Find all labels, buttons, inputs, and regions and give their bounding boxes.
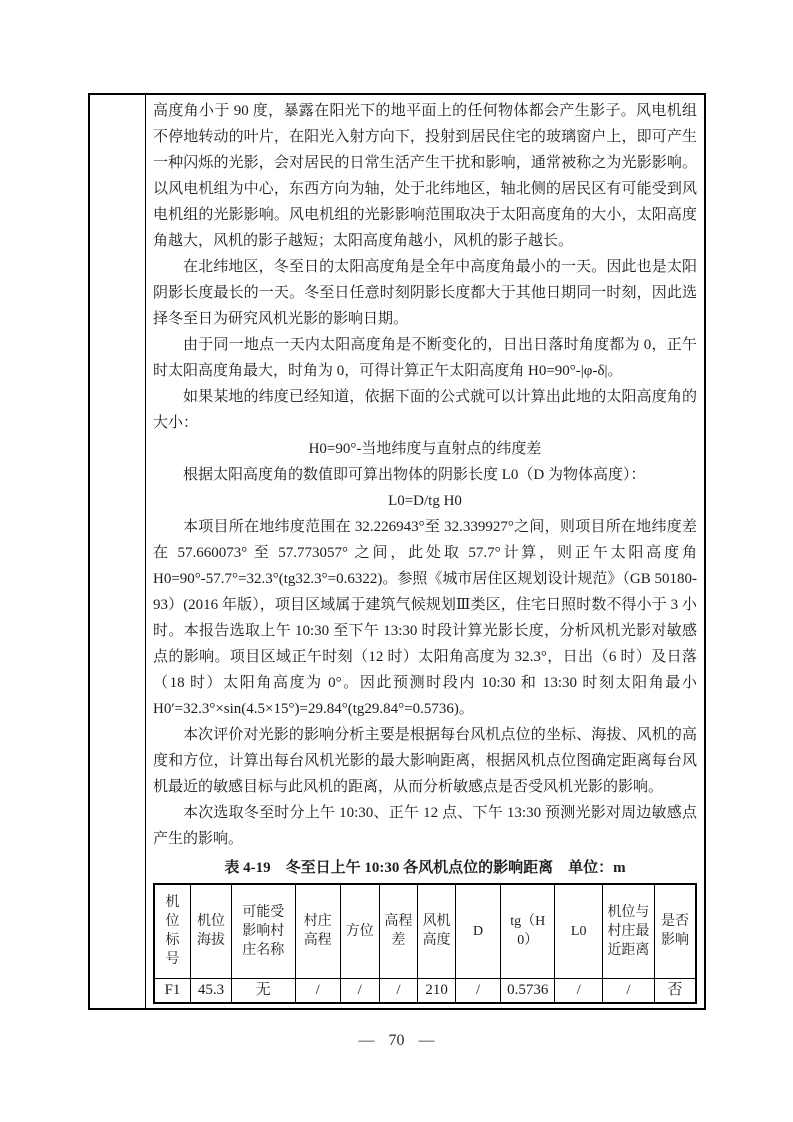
paragraph-prediction-times: 本次选取冬至时分上午 10:30、正午 12 点、下午 13:30 预测光影对周… [153, 800, 697, 852]
impact-distance-table: 机位标号 机位海拔 可能受影响村庄名称 村庄高程 方位 高程差 风机高度 D t… [153, 883, 697, 1004]
paragraph-winter-solstice: 在北纬地区，冬至日的太阳高度角是全年中高度角最小的一天。因此也是太阳阴影长度最长… [153, 254, 697, 332]
content-frame: 高度角小于 90 度，暴露在阳光下的地平面上的任何物体都会产生影子。风电机组不停… [88, 93, 706, 1010]
cell-tg-h0: 0.5736 [501, 978, 555, 1003]
column-header-affected-or-not: 是否影响 [654, 884, 696, 978]
cell-l0: / [555, 978, 603, 1003]
column-header-turbine-height: 风机高度 [418, 884, 456, 978]
paragraph-latitude-known: 如果某地的纬度已经知道，依据下面的公式就可以计算出此地的太阳高度角的大小： [153, 384, 697, 436]
left-stub-column [90, 95, 146, 1008]
column-header-elevation-diff: 高程差 [379, 884, 418, 978]
column-header-l0: L0 [555, 884, 603, 978]
page-number-right-dash: — [419, 1032, 435, 1049]
page-number: —70— [0, 1032, 793, 1050]
cell-affected-or-not: 否 [654, 978, 696, 1003]
paragraph-shadow-length: 根据太阳高度角的数值即可算出物体的阴影长度 L0（D 为物体高度）： [153, 462, 697, 488]
formula-shadow-length: L0=D/tg H0 [153, 488, 697, 514]
document-page: 高度角小于 90 度，暴露在阳光下的地平面上的任何物体都会产生影子。风电机组不停… [0, 0, 793, 1122]
cell-turbine-elevation: 45.3 [191, 978, 232, 1003]
column-header-turbine-id: 机位标号 [154, 884, 191, 978]
table-header-row: 机位标号 机位海拔 可能受影响村庄名称 村庄高程 方位 高程差 风机高度 D t… [154, 884, 696, 978]
page-number-left-dash: — [359, 1032, 375, 1049]
cell-village-elevation: / [295, 978, 340, 1003]
cell-d: / [455, 978, 500, 1003]
column-header-village-elevation: 村庄高程 [295, 884, 340, 978]
paragraph-project-latitude-calc: 本项目所在地纬度范围在 32.226943°至 32.339927°之间，则项目… [153, 514, 697, 722]
paragraph-shadow-intro: 高度角小于 90 度，暴露在阳光下的地平面上的任何物体都会产生影子。风电机组不停… [153, 98, 697, 254]
column-header-affected-village: 可能受影响村庄名称 [231, 884, 295, 978]
paragraph-solar-angle-change: 由于同一地点一天内太阳高度角是不断变化的，日出日落时角度都为 0，正午时太阳高度… [153, 332, 697, 384]
cell-direction: / [340, 978, 379, 1003]
column-header-turbine-elevation: 机位海拔 [191, 884, 232, 978]
page-number-value: 70 [389, 1032, 405, 1049]
table-row: F1 45.3 无 / / / 210 / 0.5736 / / 否 [154, 978, 696, 1003]
paragraph-analysis-method: 本次评价对光影的影响分析主要是根据每台风机点位的坐标、海拔、风机的高度和方位，计… [153, 722, 697, 800]
column-header-direction: 方位 [340, 884, 379, 978]
column-header-nearest-distance: 机位与村庄最近距离 [602, 884, 654, 978]
cell-affected-village: 无 [231, 978, 295, 1003]
column-header-tg-h0: tg（H0） [501, 884, 555, 978]
formula-solar-altitude: H0=90°-当地纬度与直射点的纬度差 [153, 436, 697, 462]
cell-turbine-id: F1 [154, 978, 191, 1003]
cell-elevation-diff: / [379, 978, 418, 1003]
column-header-d: D [455, 884, 500, 978]
main-content-cell: 高度角小于 90 度，暴露在阳光下的地平面上的任何物体都会产生影子。风电机组不停… [146, 95, 704, 1008]
table-title: 表 4-19 冬至日上午 10:30 各风机点位的影响距离 单位：m [153, 855, 697, 881]
cell-nearest-distance: / [602, 978, 654, 1003]
cell-turbine-height: 210 [418, 978, 456, 1003]
